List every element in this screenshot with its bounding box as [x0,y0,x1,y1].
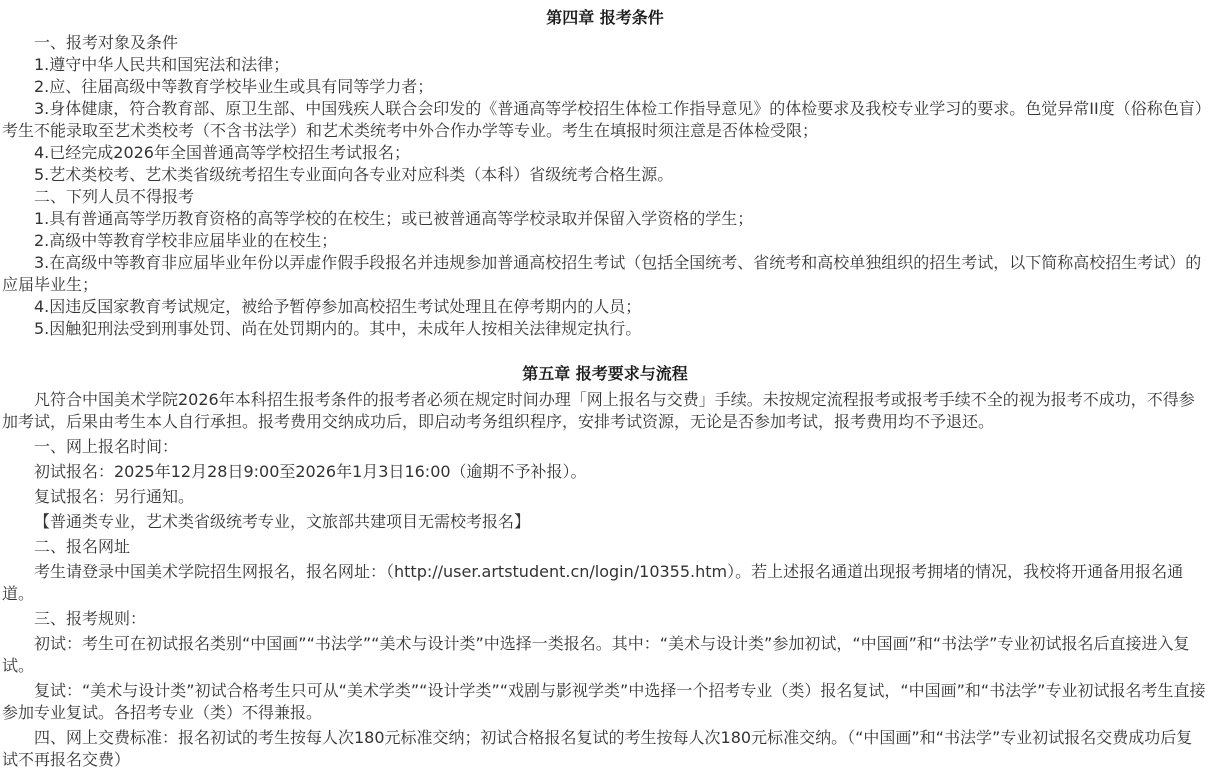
ch4-item-3: 3.身体健康，符合教育部、原卫生部、中国残疾人联合会印发的《普通高等学校招生体检… [2,98,1208,142]
ch5-retest-registration-time: 复试报名：另行通知。 [2,486,1208,508]
ch4-item-excluded-heading: 二、下列人员不得报考 [2,186,1208,208]
ch4-item-4: 4.已经完成2026年全国普通高等学校招生考试报名； [2,142,1208,164]
ch4-excluded-4: 4.因违反国家教育考试规定，被给予暂停参加高校招生考试处理且在停考期内的人员； [2,296,1208,318]
ch5-registration-time-heading: 一、网上报名时间： [2,436,1208,458]
ch4-item-1: 1.遵守中华人民共和国宪法和法律； [2,54,1208,76]
ch4-item-5: 5.艺术类校考、艺术类省级统考招生专业面向各专业对应科类（本科）省级统考合格生源… [2,164,1208,186]
chapter4-title: 第四章 报考条件 [2,6,1208,30]
chapter5-title: 第五章 报考要求与流程 [2,362,1208,386]
ch5-preliminary-rules: 初试：考生可在初试报名类别“中国画”“书法学”“美术与设计类”中选择一类报名。其… [2,633,1208,677]
ch5-registration-site-heading: 二、报名网址 [2,536,1208,558]
ch4-excluded-5: 5.因触犯刑法受到刑事处罚、尚在处罚期内的。其中，未成年人按相关法律规定执行。 [2,318,1208,340]
ch4-excluded-3: 3.在高级中等教育非应届毕业年份以弄虚作假手段报名并违规参加普通高校招生考试（包… [2,252,1208,296]
ch4-item-applicants-heading: 一、报考对象及条件 [2,32,1208,54]
admission-document: 第四章 报考条件 一、报考对象及条件 1.遵守中华人民共和国宪法和法律； 2.应… [0,0,1212,782]
ch5-intro: 凡符合中国美术学院2026年本科招生报考条件的报考者必须在规定时间办理「网上报名… [2,389,1208,433]
ch5-payment-standard: 四、网上交费标准：报名初试的考生按每人次180元标准交纳；初试合格报名复试的考生… [2,727,1208,771]
ch4-excluded-1: 1.具有普通高等学历教育资格的高等学校的在校生；或已被普通高等学校录取并保留入学… [2,208,1208,230]
chapter5-body: 凡符合中国美术学院2026年本科招生报考条件的报考者必须在规定时间办理「网上报名… [2,389,1208,771]
ch5-retest-rules: 复试：“美术与设计类”初试合格考生只可从“美术学类”“设计学类”“戏剧与影视学类… [2,680,1208,724]
ch5-rules-heading: 三、报考规则： [2,608,1208,630]
ch5-registration-url-line: 考生请登录中国美术学院招生网报名，报名网址：（http://user.artst… [2,561,1208,605]
ch4-item-2: 2.应、往届高级中等教育学校毕业生或具有同等学力者； [2,76,1208,98]
ch4-excluded-2: 2.高级中等教育学校非应届毕业的在校生； [2,230,1208,252]
ch5-exemption-note: 【普通类专业，艺术类省级统考专业，文旅部共建项目无需校考报名】 [2,511,1208,533]
ch5-preliminary-registration-time: 初试报名：2025年12月28日9:00至2026年1月3日16:00（逾期不予… [2,461,1208,483]
chapter4-body: 一、报考对象及条件 1.遵守中华人民共和国宪法和法律； 2.应、往届高级中等教育… [2,32,1208,340]
